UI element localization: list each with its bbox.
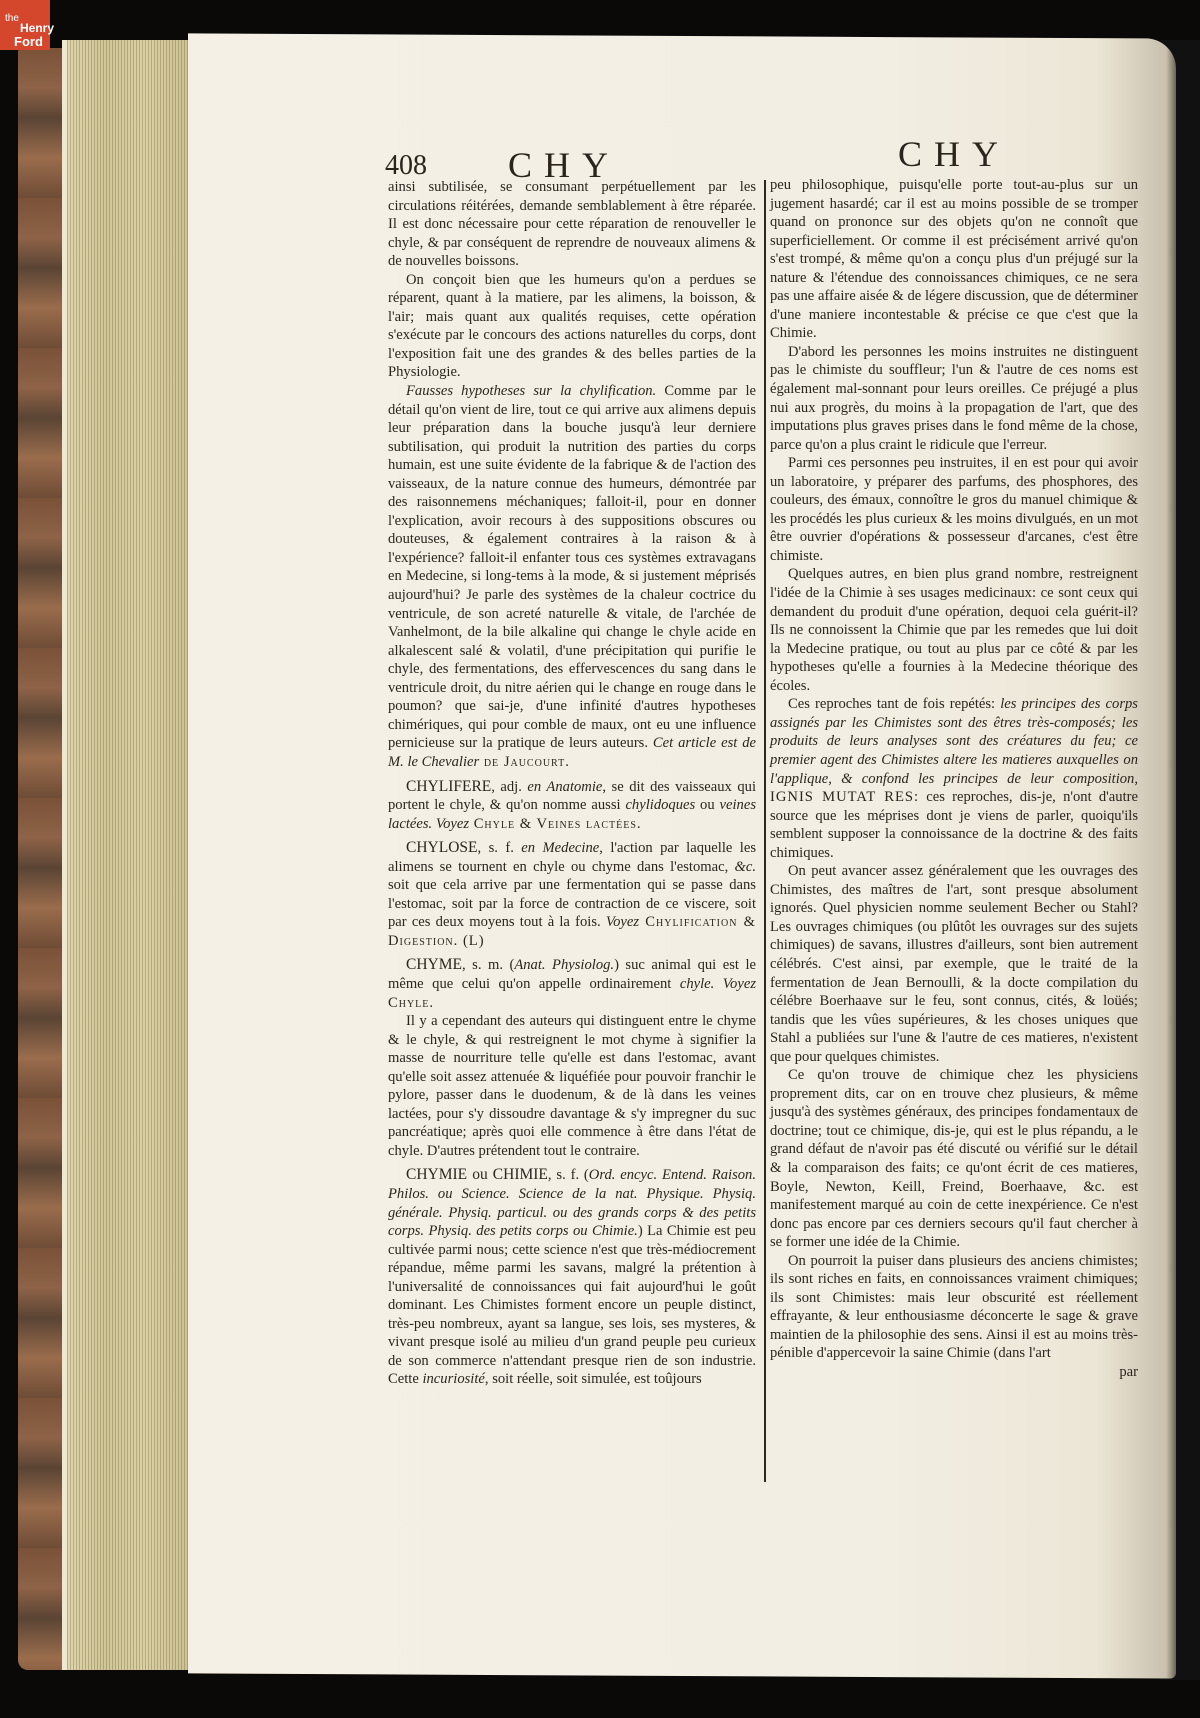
left-column: ainsi subtilisée, se consumant perpétuel… bbox=[388, 178, 756, 1389]
cross-reference: Chyle & Veines lactées. bbox=[469, 816, 641, 832]
entry-text: ou bbox=[695, 797, 719, 813]
cross-reference: Chyle. bbox=[388, 995, 434, 1011]
paragraph-text: Ces reproches tant de fois repétés: bbox=[788, 696, 1000, 712]
headword: CHYLOSE bbox=[406, 839, 477, 856]
paragraph-text: D'abord les personnes les moins instruit… bbox=[770, 344, 1138, 453]
latin-motto: IGNIS MUTAT RES: bbox=[770, 789, 919, 805]
paragraph: D'abord les personnes les moins instruit… bbox=[770, 343, 1138, 454]
paragraph-text: On peut avancer assez généralement que l… bbox=[770, 863, 1138, 1064]
paragraph-text: Comme par le détail qu'on vient de lire,… bbox=[388, 383, 756, 751]
entry-text: ) La Chimie est peu cultivée parmi nous;… bbox=[388, 1223, 756, 1387]
entry-text: , s. m. ( bbox=[462, 957, 514, 973]
running-head-right: CHY bbox=[898, 133, 1010, 175]
paragraph: On peut avancer assez généralement que l… bbox=[770, 862, 1138, 1066]
entry-italic: incuriosité bbox=[422, 1371, 484, 1387]
paragraph-text: Il y a cependant des auteurs qui disting… bbox=[388, 1013, 756, 1159]
entry-text: , soit réelle, soit simulée, est toûjour… bbox=[485, 1371, 702, 1387]
logo-the: the bbox=[5, 14, 19, 24]
entry-italic: Anat. Physiolog. bbox=[514, 957, 614, 973]
catchword: par bbox=[770, 1363, 1138, 1382]
paragraph: peu philosophique, puisqu'elle porte tou… bbox=[770, 176, 1138, 343]
section-title: Fausses hypotheses sur la chylification. bbox=[406, 383, 656, 399]
headword: CHYMIE ou CHIMIE bbox=[406, 1166, 548, 1183]
henry-ford-logo: the Henry Ford bbox=[0, 0, 50, 50]
paragraph: On pourroit la puiser dans plusieurs des… bbox=[770, 1252, 1138, 1363]
entry-chylose: CHYLOSE, s. f. en Medecine, l'action par… bbox=[388, 839, 756, 950]
page-block-edges bbox=[62, 40, 195, 1670]
column-divider bbox=[764, 180, 766, 1482]
logo-henry: Henry bbox=[20, 22, 54, 34]
paragraph: Fausses hypotheses sur la chylification.… bbox=[388, 382, 756, 771]
paragraph: On conçoit bien que les humeurs qu'on a … bbox=[388, 271, 756, 382]
entry-italic: en Anatomie bbox=[527, 779, 602, 795]
paragraph: ainsi subtilisée, se consumant perpétuel… bbox=[388, 178, 756, 271]
paragraph-text: ainsi subtilisée, se consumant perpétuel… bbox=[388, 179, 756, 269]
entry-chyme: CHYME, s. m. (Anat. Physiolog.) suc anim… bbox=[388, 956, 756, 1012]
paragraph: Quelques autres, en bien plus grand nomb… bbox=[770, 565, 1138, 695]
paragraph-text: peu philosophique, puisqu'elle porte tou… bbox=[770, 177, 1138, 341]
right-column: peu philosophique, puisqu'elle porte tou… bbox=[770, 176, 1138, 1382]
paragraph-text: Parmi ces personnes peu instruites, il e… bbox=[770, 455, 1138, 564]
entry-text: , s. f. ( bbox=[548, 1167, 589, 1183]
paragraph-text: Ce qu'on trouve de chimique chez les phy… bbox=[770, 1067, 1138, 1250]
logo-ford: Ford bbox=[14, 35, 43, 48]
paragraph: Ces reproches tant de fois repétés: les … bbox=[770, 695, 1138, 862]
entry-chylifere: CHYLIFERE, adj. en Anatomie, se dit des … bbox=[388, 778, 756, 834]
entry-text: , adj. bbox=[491, 779, 527, 795]
paragraph: Ce qu'on trouve de chimique chez les phy… bbox=[770, 1066, 1138, 1251]
entry-italic: chylidoques bbox=[625, 797, 695, 813]
entry-text: , s. f. bbox=[477, 840, 521, 856]
paragraph-text: Quelques autres, en bien plus grand nomb… bbox=[770, 566, 1138, 693]
headword: CHYLIFERE bbox=[406, 778, 491, 795]
author-name: de Jaucourt. bbox=[479, 754, 570, 770]
paragraph: Parmi ces personnes peu instruites, il e… bbox=[770, 454, 1138, 565]
paragraph: Il y a cependant des auteurs qui disting… bbox=[388, 1012, 756, 1160]
headword: CHYME bbox=[406, 956, 462, 973]
entry-italic: Voyez bbox=[606, 914, 639, 930]
entry-italic: en Medecine bbox=[521, 840, 599, 856]
paragraph-text: On conçoit bien que les humeurs qu'on a … bbox=[388, 272, 756, 381]
entry-italic: chyle. Voyez bbox=[680, 976, 756, 992]
entry-chymie: CHYMIE ou CHIMIE, s. f. (Ord. encyc. Ent… bbox=[388, 1166, 756, 1389]
paragraph-text: On pourroit la puiser dans plusieurs des… bbox=[770, 1253, 1138, 1362]
entry-italic: &c. bbox=[735, 859, 756, 875]
